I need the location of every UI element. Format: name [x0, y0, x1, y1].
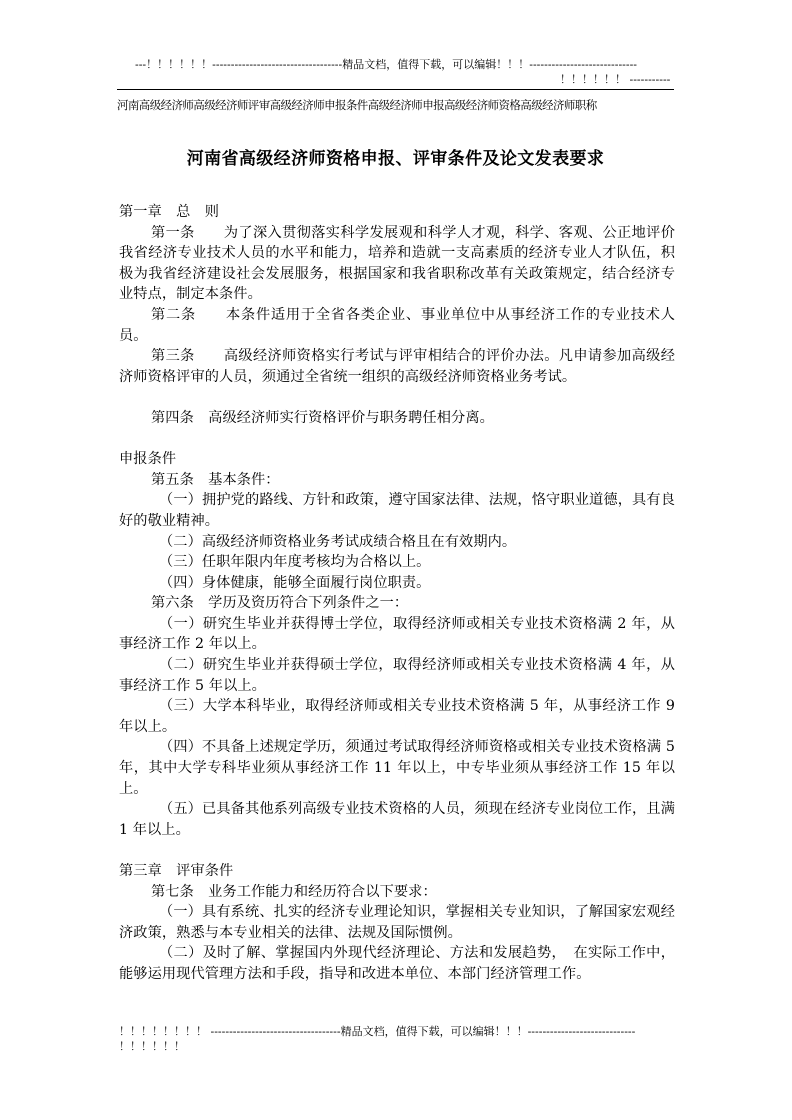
keywords-line: 河南高级经济师高级经济师评审高级经济师申报条件高级经济师申报高级经济师资格高级经…: [117, 97, 687, 113]
article-6-item: （五）已具备其他系列高级专业技术资格的人员，须现在经济专业岗位工作，且满 1 年…: [119, 799, 675, 840]
chapter2-heading: 申报条件: [119, 449, 675, 470]
spacer: [119, 387, 675, 408]
article-6-item: （二）研究生毕业并获得硕士学位，取得经济师或相关专业技术资格满 4 年，从事经济…: [119, 655, 675, 696]
article-6-item: （三）大学本科毕业，取得经济师或相关专业技术资格满 5 年，从事经济工作 9 年…: [119, 696, 675, 737]
document-title: 河南省高级经济师资格申报、评审条件及论文发表要求: [117, 148, 674, 170]
header-divider: [117, 89, 674, 90]
footer-banner-line1: ！！！！！！！！ -------------------------------…: [119, 1025, 679, 1039]
article-6-item: （四）不具备上述规定学历，须通过考试取得经济师资格或相关专业技术资格满 5 年，…: [119, 737, 675, 799]
article-3: 第三条 高级经济师资格实行考试与评审相结合的评价办法。凡申请参加高级经济师资格评…: [119, 346, 675, 387]
chapter3-heading: 第三章 评审条件: [119, 861, 675, 882]
article-5-item: （三）任职年限内年度考核均为合格以上。: [119, 552, 675, 573]
footer-banner-line2: ！！！！！！: [119, 1040, 185, 1054]
article-6: 第六条 学历及资历符合下列条件之一：: [119, 593, 675, 614]
article-7-item: （二）及时了解、掌握国内外现代经济理论、方法和发展趋势， 在实际工作中，能够运用…: [119, 943, 675, 984]
article-5: 第五条 基本条件：: [119, 470, 675, 491]
article-7-item: （一）具有系统、扎实的经济专业理论知识，掌握相关专业知识，了解国家宏观经济政策，…: [119, 902, 675, 943]
article-7: 第七条 业务工作能力和经历符合以下要求：: [119, 882, 675, 903]
header-banner-line1: ---！！！！！！-------------------------------…: [135, 58, 675, 72]
chapter1-heading: 第一章 总 则: [119, 202, 675, 223]
article-5-item: （四）身体健康，能够全面履行岗位职责。: [119, 573, 675, 594]
article-6-item: （一）研究生毕业并获得博士学位，取得经济师或相关专业技术资格满 2 年，从事经济…: [119, 614, 675, 655]
article-2: 第二条 本条件适用于全省各类企业、事业单位中从事经济工作的专业技术人员。: [119, 305, 675, 346]
article-4: 第四条 高级经济师实行资格评价与职务聘任相分离。: [119, 408, 675, 429]
article-5-item: （一）拥护党的路线、方针和政策，遵守国家法律、法规，恪守职业道德，具有良好的敬业…: [119, 490, 675, 531]
document-body: 第一章 总 则 第一条 为了深入贯彻落实科学发展观和科学人才观，科学、客观、公正…: [119, 202, 675, 985]
header-banner-line2: ！！！！！！ -----------: [560, 73, 680, 87]
spacer: [119, 429, 675, 450]
article-1: 第一条 为了深入贯彻落实科学发展观和科学人才观，科学、客观、公正地评价我省经济专…: [119, 223, 675, 305]
spacer: [119, 840, 675, 861]
article-5-item: （二）高级经济师资格业务考试成绩合格且在有效期内。: [119, 532, 675, 553]
